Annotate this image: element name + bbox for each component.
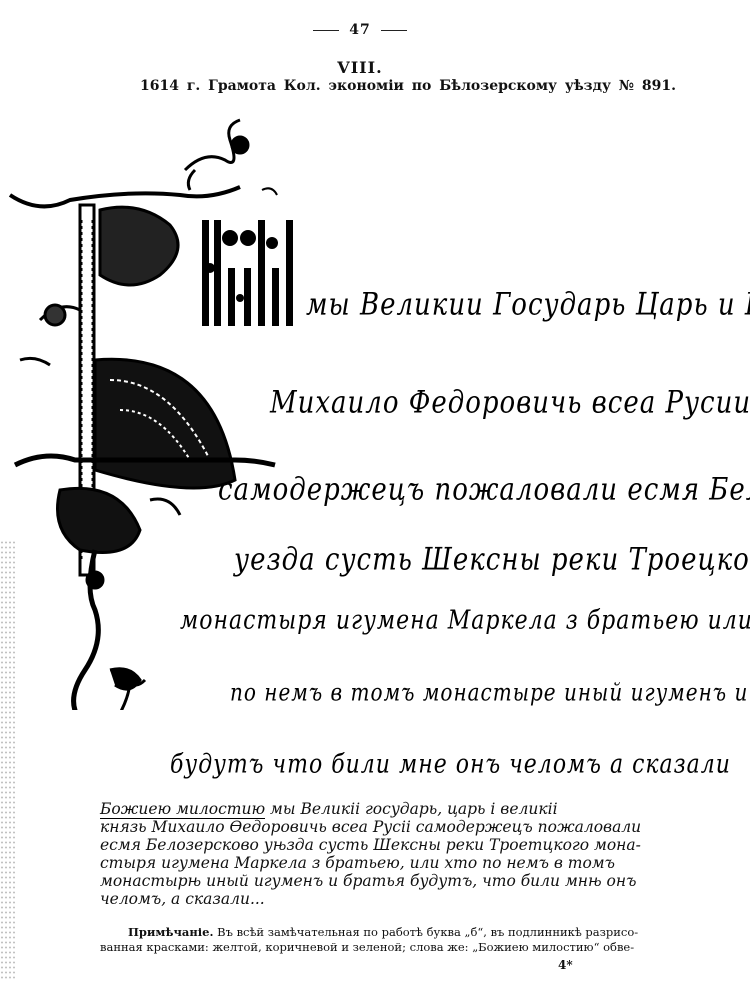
signature-mark: 4* (558, 958, 573, 972)
page-number-text: 47 (349, 22, 370, 38)
dash-left (313, 30, 339, 31)
footnote-line-1-text: Въ всѣй замѣчательная по работѣ буква „б… (213, 925, 638, 939)
section-numeral: VIII. (0, 58, 720, 77)
footnote-line-1: Примѣчаніе. Въ всѣй замѣчательная по раб… (100, 925, 660, 940)
footnote-label: Примѣчаніе. (128, 925, 213, 939)
translation-line-5: монастырњ иный игуменъ и братья будутъ, … (100, 872, 670, 890)
manuscript-line-7: будутъ что били мне онъ челомъ а сказали (170, 750, 731, 780)
manuscript-line-3: самодержецъ пожаловали есмя Белозерского (218, 472, 750, 508)
document-subtitle: 1614 г. Грамота Кол. экономіи по Бѣлозер… (140, 78, 620, 94)
translation-line-1-rest: мы Великіі государь, царь і великіі (265, 800, 557, 818)
manuscript-line-5: монастыря игумена Маркела з братьею или … (180, 606, 750, 636)
printed-translation: Божиею милостию мы Великіі государь, цар… (100, 800, 670, 908)
translation-line-6: челомъ, а сказали... (100, 890, 670, 908)
manuscript-line-1: мы Великии Государь Царь и Великии Князь (306, 287, 750, 323)
ligature-block-icon (200, 218, 296, 328)
page-number: 47 (0, 22, 720, 38)
translation-line-4: стыря игумена Маркела з братьею, или хто… (100, 854, 670, 872)
translation-line-1: Божиею милостию мы Великіі государь, цар… (100, 800, 670, 818)
manuscript-line-2: Михаило Федоровичь всеа Русии (270, 385, 750, 421)
translation-line-2: князь Михаило Ѳедоровичь всеа Русіі само… (100, 818, 670, 836)
manuscript-line-4: уезда сусть Шексны реки Троецкого (234, 542, 750, 578)
translation-line-3: есмя Белозерсково уњзда сусть Шексны рек… (100, 836, 670, 854)
underlined-phrase: Божиею милостию (100, 800, 265, 819)
footnote: Примѣчаніе. Въ всѣй замѣчательная по раб… (100, 925, 660, 955)
dash-right (381, 30, 407, 31)
footnote-line-2: ванная красками: желтой, коричневой и зе… (100, 940, 660, 955)
manuscript-line-6: по немъ в томъ монастыре иный игуменъ и … (230, 678, 750, 707)
